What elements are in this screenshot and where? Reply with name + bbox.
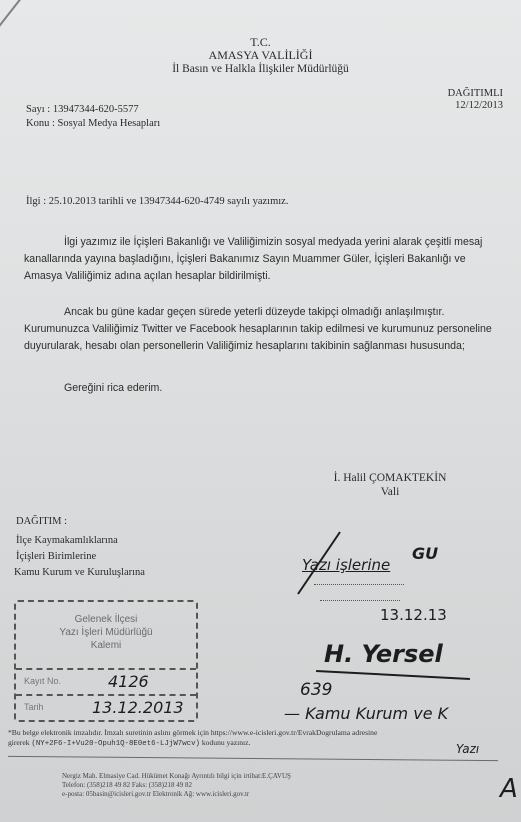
handwritten-name: H. Yersel (324, 640, 443, 668)
distribution-item: İçişleri Birimlerine (16, 551, 96, 562)
stamp-number-value: 4126 (108, 672, 149, 691)
document-number: Sayı : 13947344-620-5577 (26, 104, 139, 115)
handwritten-initials: GU (412, 544, 438, 563)
verification-suffix: kodunu yazınız. (202, 738, 251, 747)
distribution-item: İlçe Kaymakamlıklarına (16, 535, 118, 546)
paper-fold-line (0, 0, 36, 36)
footer-address-line: Nergiz Mah. Elmasiye Cad. Hükümet Konağı… (62, 772, 291, 781)
e-signature-notice: *Bu belge elektronik imzalıdır. İmzalı s… (8, 728, 377, 737)
handwritten-mark: A (500, 774, 518, 804)
dotted-line (314, 584, 404, 585)
body-paragraph-2: Ancak bu güne kadar geçen sürede yeterli… (24, 304, 502, 355)
signatory-title: Vali (310, 486, 470, 498)
stamp-line-2: Yazı İşleri Müdürlüğü (16, 627, 196, 638)
handwritten-note: — Kamu Kurum ve K (284, 704, 448, 723)
footer-email-line: e-posta: 05basin@icisleri.gov.tr Elektro… (62, 790, 291, 799)
verification-code: (NY+2F6-I+Vu20-Opuh1Q-8E0et6-LJjW7wcv) (31, 740, 200, 748)
closing-line: Gereğini rica ederim. (24, 380, 502, 397)
verification-prefix: girerek (8, 738, 30, 747)
letterhead-department: İl Basın ve Halkla İlişkiler Müdürlüğü (0, 63, 521, 76)
footer-divider (8, 756, 498, 761)
distribution-flag: DAĞITIMLI (448, 88, 503, 99)
stamp-number-label: Kayıt No. (24, 676, 61, 686)
handwritten-date: 13.12.13 (380, 606, 447, 624)
distribution-heading: DAĞITIM : (16, 516, 67, 527)
signatory-name: İ. Halil ÇOMAKTEKİN (310, 472, 470, 484)
document-date: 12/12/2013 (455, 100, 503, 111)
footer-phone-line: Telefon: (358)218 49 82 Faks: (358)218 4… (62, 781, 291, 790)
distribution-item: Kamu Kurum ve Kuruluşlarına (14, 567, 145, 578)
footer-address: Nergiz Mah. Elmasiye Cad. Hükümet Konağı… (62, 772, 291, 799)
dotted-line (320, 600, 400, 601)
stamp-date-label: Tarih (24, 702, 44, 712)
reference-line: İlgi : 25.10.2013 tarihli ve 13947344-62… (26, 196, 288, 207)
letterhead-institution: AMASYA VALİLİĞİ (0, 49, 521, 62)
handwritten-note-2: Yazı (456, 742, 479, 756)
stamp-line-1: Gelenek İlçesi (16, 614, 196, 625)
stamp-date-value: 13.12.2013 (92, 698, 184, 717)
handwritten-routing: Yazı işlerine (302, 556, 390, 574)
stamp-line-3: Kalemi (16, 640, 196, 651)
body-paragraph-1: İlgi yazımız ile İçişleri Bakanlığı ve V… (24, 234, 502, 285)
incoming-registry-stamp: Gelenek İlçesi Yazı İşleri Müdürlüğü Kal… (14, 600, 198, 722)
underline-stroke (316, 670, 470, 680)
handwritten-number: 639 (300, 680, 332, 700)
verification-line: girerek (NY+2F6-I+Vu20-Opuh1Q-8E0et6-LJj… (8, 738, 250, 748)
document-subject: Konu : Sosyal Medya Hesapları (26, 118, 160, 129)
